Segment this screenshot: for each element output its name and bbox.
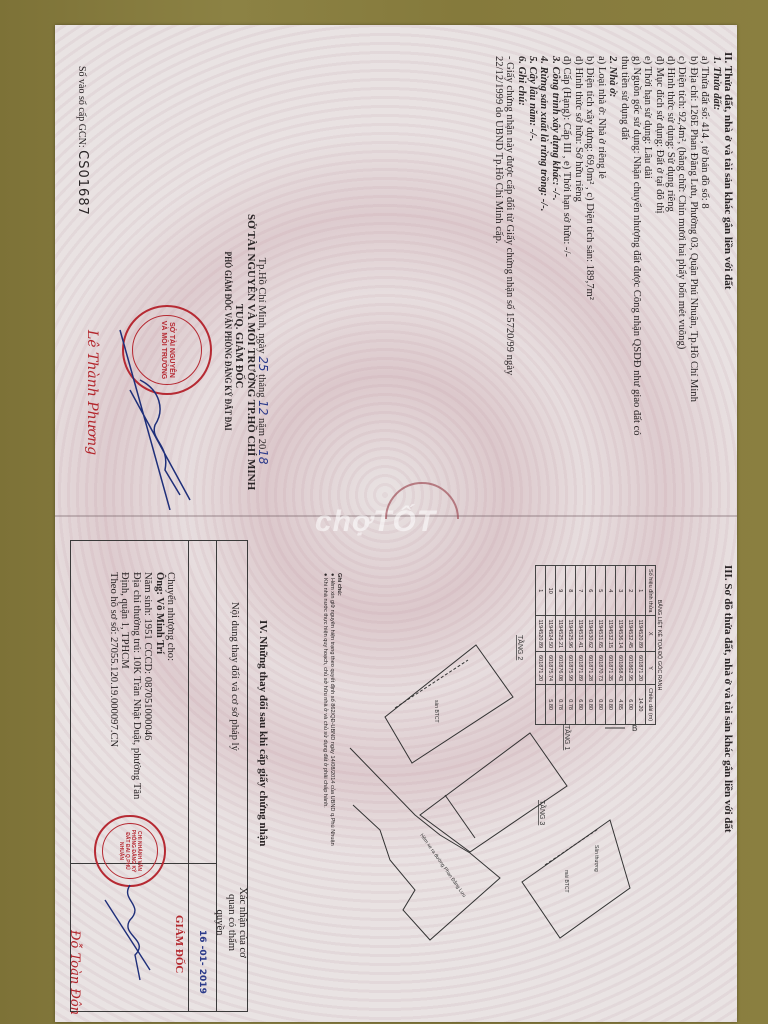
floor-2-concrete-label: sàn BTCT — [433, 700, 439, 723]
register-number: Số vào sổ cấp GCN: CS01687 — [76, 66, 88, 216]
floor-1-label: TẦNG 1 — [563, 725, 573, 750]
signer-name-1: Lê Thành Phương — [84, 330, 100, 455]
entry-line-6: Theo hồ sơ số: 27055.120.19.000097.CN — [108, 572, 119, 799]
section-2: II. Thửa đất, nhà ở và tài sản khác gắn … — [492, 52, 733, 436]
north-arrow-label: B — [632, 724, 637, 733]
entry-line-2: Ông: Võ Minh Trí — [153, 572, 164, 799]
note-2: ● Khi nhà nước thực hiện quy hoạch, chủ … — [321, 573, 328, 846]
signature-block-1: Tp.Hồ Chí Minh, ngày 25 tháng 12 năm 201… — [221, 232, 268, 490]
entry-line-1: Chuyển nhượng cho: — [165, 572, 176, 799]
issue-year: 18 — [256, 449, 270, 464]
table-header: Số hiệu đỉnh thửa — [646, 566, 656, 616]
roof-label: mái BTCT — [563, 870, 569, 893]
confirm-date: 16 -01- 2019 — [197, 930, 207, 994]
other-item-4: 6. Ghi chú: — [515, 56, 526, 436]
other-item-1: 3. Công trình xây dựng khác: -/-. — [550, 56, 561, 436]
issue-date: Tp.Hồ Chí Minh, ngày 25 tháng 12 năm 201… — [256, 232, 268, 490]
official-stamp-2: CHI NHÁNH VĂN PHÒNG ĐĂNG KÝ ĐẤT ĐAI Q.PH… — [94, 815, 166, 887]
entry-line-3: Năm sinh: 1951 CCCD: 087051000046 — [142, 572, 153, 799]
register-value: CS01687 — [75, 150, 90, 216]
land-line-6: e) Thời hạn sử dụng: Lâu dài — [642, 56, 653, 436]
signature-1 — [100, 320, 210, 510]
terrace-label: Sân thượng — [593, 845, 599, 872]
land-line-5: đ) Mục đích sử dụng: Đất ở tại đô thị — [653, 56, 664, 436]
land-heading: 1. Thửa đất: — [710, 56, 721, 436]
issuing-org: SỞ TÀI NGUYÊN VÀ MÔI TRƯỜNG TP.HỒ CHÍ MI… — [244, 214, 255, 490]
house-line-4: đ) Cấp (Hạng): Cấp III , e) Thời hạn sở … — [561, 56, 572, 436]
change-entry: Chuyển nhượng cho:Ông: Võ Minh TríNăm si… — [108, 572, 176, 799]
issue-month: 12 — [256, 400, 270, 415]
entry-line-4: Địa chỉ thường trú: 10K Trần Nhật Duật, … — [130, 572, 141, 799]
signer-name-2: Đỗ Toàn Đôn — [67, 930, 82, 1015]
house-line-3: d) Hình thức sở hữu: Sở hữu riêng — [572, 56, 583, 436]
house-details: a) Loại nhà ở: Nhà ở riêng lẻb) Diện tíc… — [561, 56, 607, 436]
land-line-8: thu tiền sử dụng đất — [619, 56, 630, 436]
land-line-7: g) Nguồn gốc sử dụng: Nhận chuyển nhượng… — [630, 56, 641, 436]
floor-2-outline — [385, 645, 513, 763]
alley-label: Hẻm xe ra đường Phan Đăng Lưu — [418, 833, 467, 899]
land-line-3: c) Diện tích: 92,4m², (bằng chữ: Chín mư… — [676, 56, 687, 436]
section-4-title: IV. Những thay đổi sau khi cấp giấy chứn… — [257, 620, 268, 846]
col-confirm-header: Xác nhận của cơ quan có thẩm quyền — [214, 880, 248, 965]
coordinate-table-title: BẢNG LIỆT KÊ TỌA ĐỘ GÓC RANH — [656, 565, 662, 725]
notes: - Giấy chứng nhận này được cấp đổi từ Gi… — [492, 56, 515, 436]
table-header: Y — [646, 652, 656, 685]
floor-2-label: TẦNG 2 — [516, 635, 526, 660]
other-item-3: 5. Cây lâu năm: -/-. — [527, 56, 538, 436]
notes-title: Ghi chú: — [335, 573, 342, 846]
col-content-header: Nội dung thay đổi và cơ sở pháp lý — [229, 602, 240, 751]
other-items: 3. Công trình xây dựng khác: -/-.4. Rừng… — [515, 56, 561, 436]
table-header: Chiều dài (m) — [646, 685, 656, 725]
issue-day: 25 — [256, 356, 270, 371]
signer-title: PHÓ GIÁM ĐỐC VĂN PHÒNG ĐĂNG KÝ ĐẤT ĐAI — [221, 214, 232, 467]
house-heading: 2. Nhà ở: — [607, 56, 618, 436]
house-line-1: a) Loại nhà ở: Nhà ở riêng lẻ — [595, 56, 606, 436]
land-line-2: b) Địa chỉ: 126E Phan Đăng Lưu, Phường 0… — [687, 56, 698, 436]
floor-1-outline — [420, 733, 567, 852]
section-3-title: III. Sơ đồ thửa đất, nhà ở và tài sản kh… — [722, 565, 733, 833]
entry-line-5: Định, quận 1, TPHCM — [119, 572, 130, 799]
diagram-notes: Ghi chú: ● Hẻm xin giữ nguyên hiện trạng… — [321, 573, 342, 846]
note-1: ● Hẻm xin giữ nguyên hiện trạng theo quy… — [328, 573, 335, 846]
floor-3-outline — [522, 820, 630, 938]
table-header: X — [646, 616, 656, 652]
land-details: a) Thửa đất số: 414 , tờ bản đồ số: 8b) … — [619, 56, 710, 436]
note-line-2: 22/12/1999 do UBND Tp.Hồ Chí Minh cấp. — [492, 56, 503, 436]
land-line-4: d) Hình thức sử dụng: Sử dụng riêng — [665, 56, 676, 436]
land-line-1: a) Thửa đất số: 414 , tờ bản đồ số: 8 — [699, 56, 710, 436]
signature-2 — [90, 880, 170, 990]
section-2-title: II. Thửa đất, nhà ở và tài sản khác gắn … — [722, 52, 733, 436]
house-line-2: b) Diện tích xây dựng: 69,0m² , c) Diện … — [584, 56, 595, 436]
confirm-role: GIÁM ĐỐC — [173, 915, 185, 973]
on-behalf: TUQ. GIÁM ĐỐC — [233, 202, 244, 490]
note-line-1: - Giấy chứng nhận này được cấp đổi từ Gi… — [504, 56, 515, 436]
floor-3-label: TẦNG 3 — [538, 800, 548, 825]
other-item-2: 4. Rừng sản xuất là rừng trồng: -/-. — [538, 56, 549, 436]
floor-plan-diagram: B TẦNG 2 TẦNG 1 TẦNG 3 sàn BTCT Sân thượ… — [340, 620, 640, 980]
register-label: Số vào sổ cấp GCN: — [76, 66, 87, 148]
